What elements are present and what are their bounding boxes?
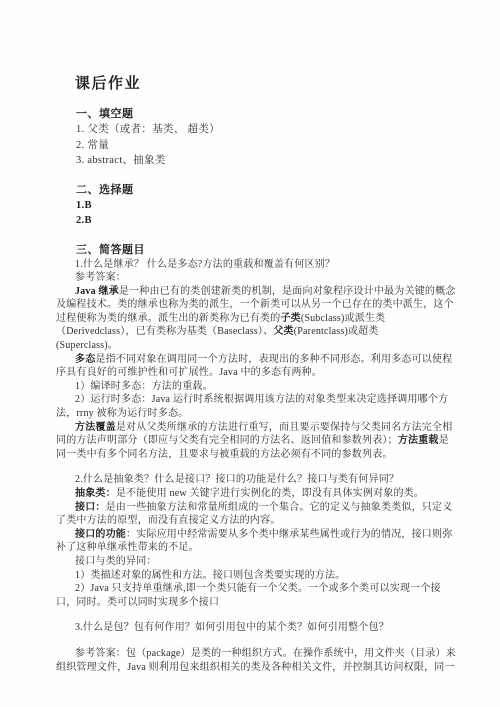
- text: 同的方法声明部分（即应与父类有完全相同的方法名、返回值和参数列表）；: [56, 435, 398, 446]
- list-item: 1.B: [76, 198, 430, 214]
- bold-text: 接口：: [75, 502, 106, 513]
- text: 是: [439, 435, 449, 446]
- text: 3. abstract、抽象类: [76, 155, 166, 166]
- document-body: 一、填空题1. 父类（或者：基类、 超类）2. 常量3. abstract、抽象…: [56, 106, 430, 674]
- text: 3.什么是包？包有何作用？如何引用包中的某个类？如何引用整个包？: [75, 622, 389, 633]
- section-heading: 一、填空题: [76, 106, 430, 122]
- bold-text: 多态: [75, 354, 95, 365]
- text-line: 1.什么是继承？ 什么是多态?方法的重载和覆盖有何区别？: [56, 258, 430, 272]
- text-line: 多态是指不同对象在调用同一个方法时，表现出的多种不同形态。利用多态可以使程: [56, 353, 430, 367]
- text-line: （Derivedclass），已有类称为基类（Baseclass）、父类(Par…: [56, 325, 430, 339]
- bold-text: 二、选择题: [76, 184, 134, 196]
- text-line: 序具有良好的可维护性和可扩展性。Java 中的多态有两种。: [56, 366, 430, 380]
- text: 过程便称为类的继承。派生出的新类称为已有类的: [56, 313, 280, 324]
- text-line: 2）运行时多态：Java 运行时系统根据调用该方法的对象类型来决定选择调用哪个方: [56, 393, 430, 407]
- bold-text: 方法覆盖: [75, 422, 116, 433]
- text: 法，rrny 被称为运行时多态。: [56, 408, 188, 419]
- text: 1. 父类（或者：基类、 超类）: [76, 124, 220, 135]
- text: 补了这种单继承性带来的不足。: [56, 542, 199, 553]
- spacer: [56, 609, 430, 621]
- text-line: (Superclass)。: [56, 339, 430, 353]
- text: （Derivedclass），已有类称为基类（Baseclass）、: [56, 326, 273, 337]
- text: 及编程技术。类的继承也称为类的派生，一个新类可以从另一个已存在的类中派生，这个: [56, 299, 454, 310]
- text-line: 法，rrny 被称为运行时多态。: [56, 407, 430, 421]
- list-item: 3. abstract、抽象类: [76, 153, 430, 169]
- text: 2. 常量: [76, 140, 109, 151]
- text-line: 同一类中有多个同名方法，且要求与被重载的方法必须有不同的参数列表。: [56, 448, 430, 462]
- bold-text: 抽象类：: [75, 488, 116, 499]
- text: 1.什么是继承？ 什么是多态?方法的重载和覆盖有何区别？: [75, 259, 335, 270]
- bold-text: 子类: [280, 313, 300, 324]
- spacer: [56, 635, 430, 647]
- text: (Parentclass)或超类: [294, 326, 379, 337]
- bold-text: 三、简答题目: [76, 244, 145, 256]
- text-line: Java 继承是一种由已有的类创建新类的机制，是面向对象程序设计中最为关键的概念: [56, 285, 430, 299]
- text-line: 接口：是由一些抽象方法和常量所组成的一个集合。它的定义与抽象类类似，只定义: [56, 501, 430, 515]
- text: (Subclass)或派生类: [301, 313, 385, 324]
- text: 了类中方法的原型，而没有直接定义方法的内容。: [56, 515, 280, 526]
- text-line: 接口的功能：实际应用中经常需要从多个类中继承某些属性或行为的情况，接口则弥: [56, 528, 430, 542]
- document-title: 课后作业: [75, 76, 430, 93]
- list-item: 2. 常量: [76, 138, 430, 154]
- bold-text: 方法重载: [398, 435, 439, 446]
- bold-text: 1.B: [76, 200, 92, 211]
- text: 是由一些抽象方法和常量所组成的一个集合。它的定义与抽象类类似，只定义: [106, 502, 453, 513]
- text: 是指不同对象在调用同一个方法时，表现出的多种不同形态。利用多态可以使程: [95, 354, 452, 365]
- section-heading: 二、选择题: [76, 182, 430, 198]
- bold-text: 父类: [273, 326, 293, 337]
- text-line: 参考答案：包（package）是类的一种组织方式。在操作系统中，用文件夹（目录）…: [56, 647, 430, 661]
- text-line: 抽象类：是不能使用 new 关键字进行实例化的类，即没有具体实例对象的类。: [56, 487, 430, 501]
- list-item: 1. 父类（或者：基类、 超类）: [76, 122, 430, 138]
- text-line: 2.什么是抽象类？什么是接口？接口的功能是什么？接口与类有何异同？: [56, 473, 430, 487]
- document-page: 课后作业 一、填空题1. 父类（或者：基类、 超类）2. 常量3. abstra…: [0, 0, 500, 707]
- list-item: 2.B: [76, 213, 430, 229]
- text: 是一种由已有的类创建新类的机制，是面向对象程序设计中最为关键的概念: [119, 286, 456, 297]
- text: 接口与类的异同：: [75, 556, 157, 567]
- bold-text: 2.B: [76, 215, 92, 226]
- text: ：实际应用中经常需要从多个类中继承某些属性或行为的情况，接口则弥: [126, 529, 452, 540]
- text: 组织管理文件，Java 则利用包来组织相关的类及各种相关文件，并控制其访问权限，…: [56, 662, 455, 673]
- text-line: 3.什么是包？包有何作用？如何引用包中的某个类？如何引用整个包？: [56, 621, 430, 635]
- text: (Superclass)。: [56, 340, 118, 351]
- text-line: 参考答案：: [56, 271, 430, 285]
- text: 2.什么是抽象类？什么是接口？接口的功能是什么？接口与类有何异同？: [75, 474, 399, 485]
- text: 2）运行时多态：Java 运行时系统根据调用该方法的对象类型来决定选择调用哪个方: [75, 394, 448, 405]
- text-line: 组织管理文件，Java 则利用包来组织相关的类及各种相关文件，并控制其访问权限，…: [56, 661, 430, 675]
- text: 是对从父类所继承的方法进行重写，而且要示要保持与父类同名方法完全相: [116, 422, 453, 433]
- text: 同一类中有多个同名方法，且要求与被重载的方法必须有不同的参数列表。: [56, 449, 393, 460]
- text-line: 1）类描述对象的属性和方法。接口则包含类要实现的方法。: [56, 569, 430, 583]
- text: 序具有良好的可维护性和可扩展性。Java 中的多态有两种。: [56, 367, 322, 378]
- text-line: 过程便称为类的继承。派生出的新类称为已有类的子类(Subclass)或派生类: [56, 312, 430, 326]
- text: 参考答案：包（package）是类的一种组织方式。在操作系统中，用文件夹（目录）…: [75, 648, 456, 659]
- text-line: 方法覆盖是对从父类所继承的方法进行重写，而且要示要保持与父类同名方法完全相: [56, 421, 430, 435]
- text-line: 1）编译时多态：方法的重载。: [56, 380, 430, 394]
- text: 口，同时。类可以同时实现多个接口: [56, 597, 219, 608]
- text-line: 了类中方法的原型，而没有直接定义方法的内容。: [56, 514, 430, 528]
- text: 2）Java 只支持单重继承,即一个类只能有一个父类。一个或多个类可以实现一个接: [75, 583, 441, 594]
- text: 是不能使用 new 关键字进行实例化的类，即没有具体实例对象的类。: [116, 488, 424, 499]
- text-line: 接口与类的异同：: [56, 555, 430, 569]
- text-line: 补了这种单继承性带来的不足。: [56, 541, 430, 555]
- text-line: 同的方法声明部分（即应与父类有完全相同的方法名、返回值和参数列表）；方法重载是: [56, 434, 430, 448]
- text: 1）编译时多态：方法的重载。: [75, 381, 213, 392]
- text-line: 口，同时。类可以同时实现多个接口: [56, 596, 430, 610]
- bold-text: Java 继承: [75, 286, 119, 297]
- bold-text: 接口的功能: [75, 529, 126, 540]
- text-line: 及编程技术。类的继承也称为类的派生，一个新类可以从另一个已存在的类中派生，这个: [56, 298, 430, 312]
- text: 参考答案：: [75, 272, 126, 283]
- section-heading: 三、简答题目: [76, 242, 430, 258]
- bold-text: 一、填空题: [76, 108, 134, 120]
- spacer: [56, 461, 430, 473]
- text-line: 2）Java 只支持单重继承,即一个类只能有一个父类。一个或多个类可以实现一个接: [56, 582, 430, 596]
- text: 1）类描述对象的属性和方法。接口则包含类要实现的方法。: [75, 570, 345, 581]
